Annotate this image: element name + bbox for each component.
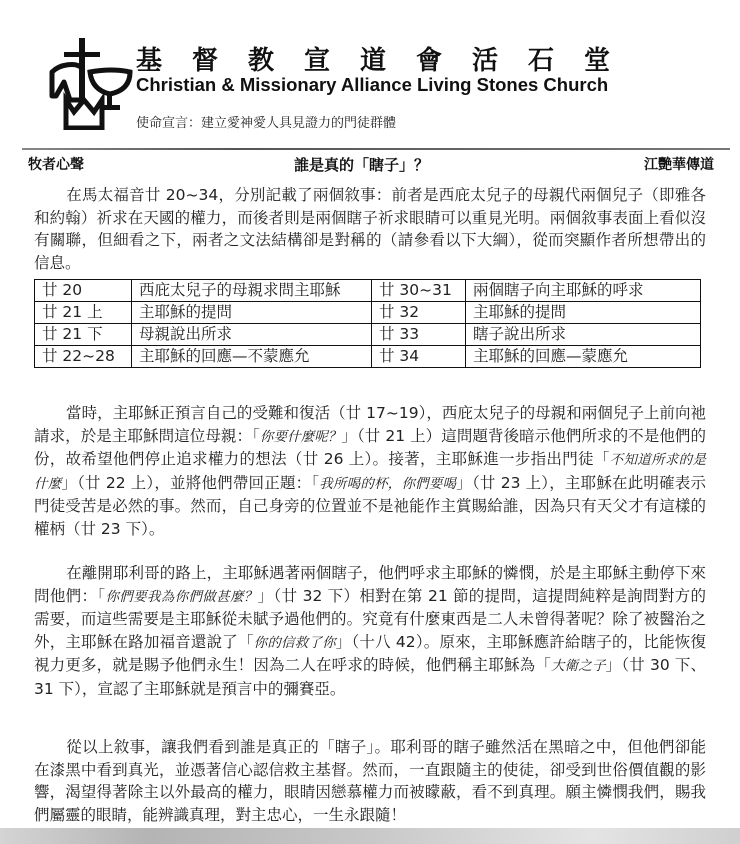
article-title: 誰是真的「瞎子」？ [294, 154, 429, 175]
page-footer-bar [0, 828, 740, 844]
paragraph-blind-men: 在離開耶利哥的路上，主耶穌遇著兩個瞎子，他們呼求主耶穌的憐憫，於是主耶穌主動停下… [34, 562, 706, 700]
paragraph-text: 在馬太福音廿 20~34，分別記載了兩個敘事：前者是西庇太兒子的母親代兩個兒子（… [34, 186, 706, 272]
table-cell: 主耶穌的提問 [132, 302, 372, 324]
scripture-quote: 你的信救了你 [254, 635, 336, 651]
table-cell: 廿 20 [35, 280, 132, 302]
paragraph-text: 」（廿 22 上），並將他們帶回正題：「 [61, 474, 319, 492]
table-cell: 母親說出所求 [132, 324, 372, 346]
table-row: 廿 22~28 主耶穌的回應—不蒙應允 廿 34 主耶穌的回應—蒙應允 [35, 346, 701, 368]
table-cell: 兩個瞎子向主耶穌的呼求 [466, 280, 701, 302]
article-titlebar: 牧者心聲 誰是真的「瞎子」？ 江艷華傳道 [28, 154, 718, 176]
table-cell: 廿 34 [372, 346, 466, 368]
table-cell: 主耶穌的回應—不蒙應允 [132, 346, 372, 368]
scripture-quote: 大衛之子 [551, 658, 606, 674]
author-name: 江艷華傳道 [644, 154, 714, 174]
scripture-quote: 你要什麼呢？ [260, 429, 341, 445]
church-name-char: 督 [192, 40, 248, 77]
table-cell: 主耶穌的回應—蒙應允 [466, 346, 701, 368]
table-cell: 廿 32 [372, 302, 466, 324]
church-name-char: 堂 [584, 40, 640, 77]
church-name-chinese: 基督教宣道會活石堂 [136, 40, 640, 77]
table-cell: 瞎子說出所求 [466, 324, 701, 346]
table-row: 廿 21 下 母親說出所求 廿 33 瞎子說出所求 [35, 324, 701, 346]
table-cell: 廿 22~28 [35, 346, 132, 368]
scripture-quote: 我所喝的杯，你們要喝 [319, 476, 456, 492]
church-name-char: 教 [248, 40, 304, 77]
table-cell: 廿 30~31 [372, 280, 466, 302]
church-name-char: 基 [136, 40, 192, 77]
church-name-char: 道 [360, 40, 416, 77]
church-name-english: Christian & Missionary Alliance Living S… [136, 74, 608, 96]
scripture-quote: 你們要我為你們做甚麼？ [105, 589, 257, 605]
header-divider [22, 148, 730, 150]
table-cell: 廿 21 上 [35, 302, 132, 324]
church-logo-icon [46, 38, 138, 130]
paragraph-conclusion: 從以上敘事，讓我們看到誰是真正的「瞎子」。耶利哥的瞎子雖然活在黑暗之中，但他們卻… [34, 736, 706, 826]
mission-statement: 使命宣言：建立愛神愛人具見證力的門徒群體 [136, 112, 396, 131]
table-row: 廿 21 上 主耶穌的提問 廿 32 主耶穌的提問 [35, 302, 701, 324]
church-header: 基督教宣道會活石堂 Christian & Missionary Allianc… [0, 0, 740, 140]
table-cell: 西庇太兒子的母親求問主耶穌 [132, 280, 372, 302]
church-name-char: 宣 [304, 40, 360, 77]
table-row: 廿 20 西庇太兒子的母親求問主耶穌 廿 30~31 兩個瞎子向主耶穌的呼求 [35, 280, 701, 302]
church-name-char: 石 [528, 40, 584, 77]
table-cell: 廿 33 [372, 324, 466, 346]
table-cell: 廿 21 下 [35, 324, 132, 346]
church-name-char: 活 [472, 40, 528, 77]
paragraph-text: 從以上敘事，讓我們看到誰是真正的「瞎子」。耶利哥的瞎子雖然活在黑暗之中，但他們卻… [34, 738, 706, 824]
section-label: 牧者心聲 [28, 154, 84, 174]
paragraph-mother-request: 當時，主耶穌正預言自己的受難和復活（廿 17~19），西庇太兒子的母親和兩個兒子… [34, 402, 706, 540]
paragraph-intro: 在馬太福音廿 20~34，分別記載了兩個敘事：前者是西庇太兒子的母親代兩個兒子（… [34, 184, 706, 274]
table-cell: 主耶穌的提問 [466, 302, 701, 324]
outline-table: 廿 20 西庇太兒子的母親求問主耶穌 廿 30~31 兩個瞎子向主耶穌的呼求 廿… [34, 279, 701, 368]
church-name-char: 會 [416, 40, 472, 77]
